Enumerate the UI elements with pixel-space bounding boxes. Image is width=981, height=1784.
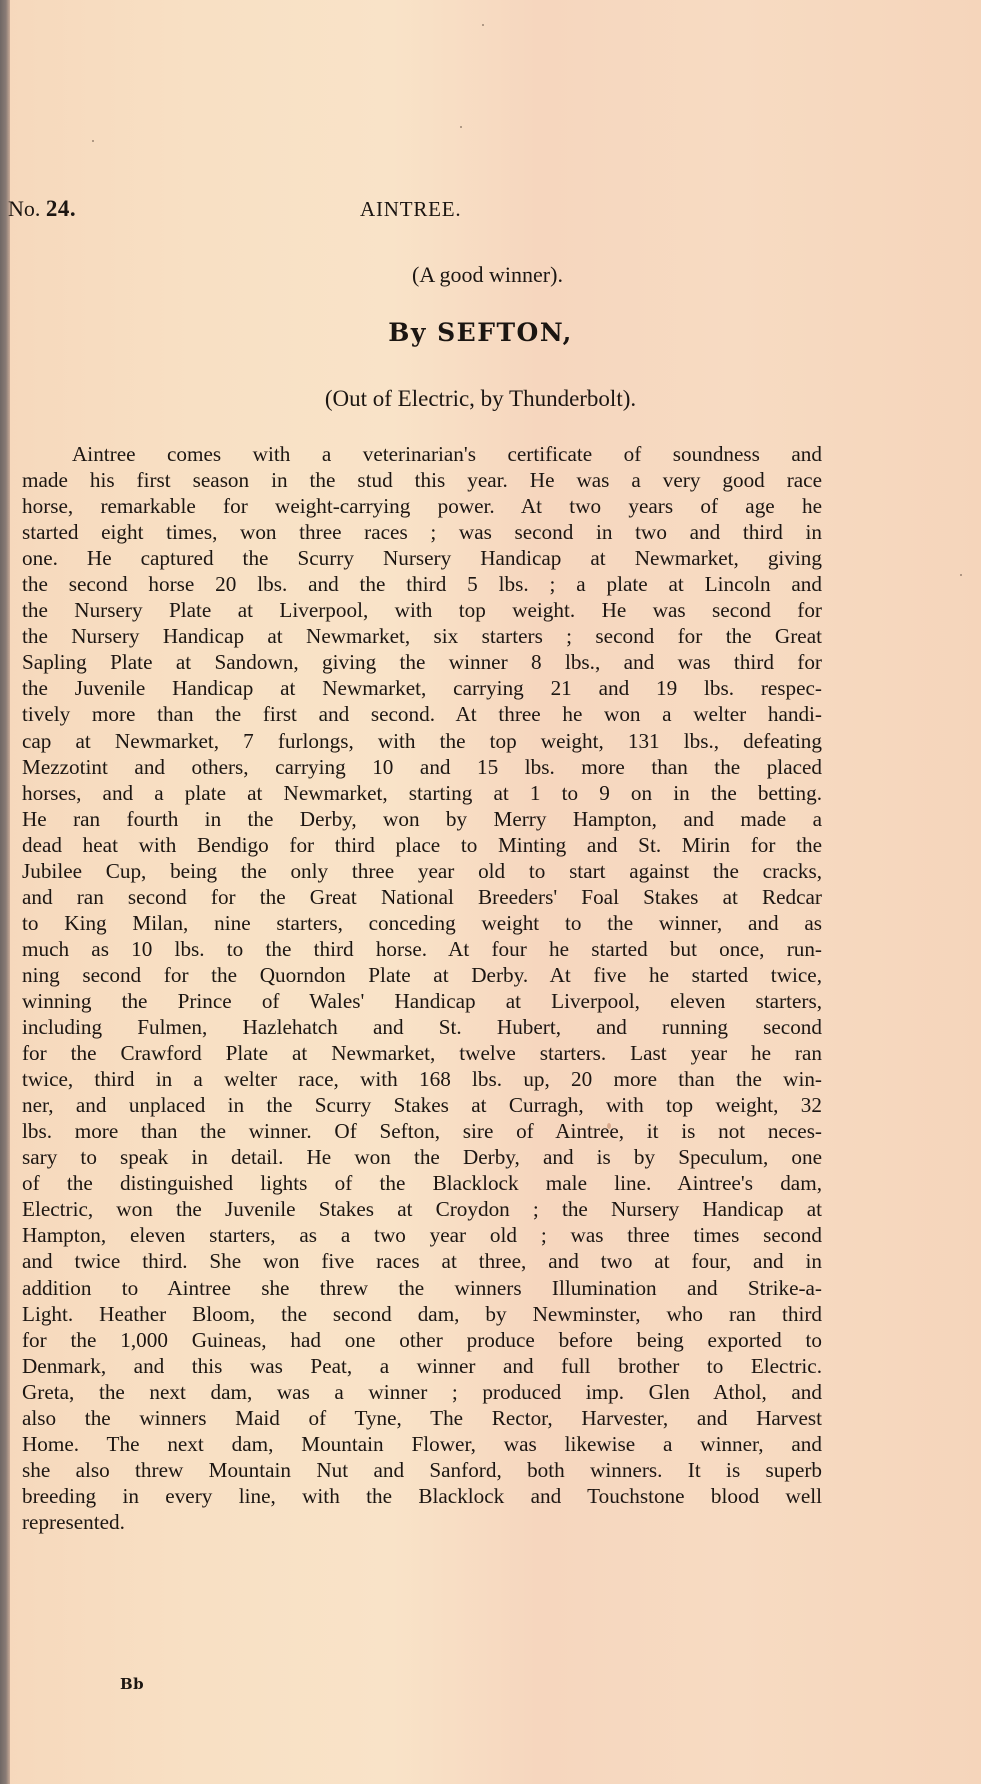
text-line: much as 10 lbs. to the third horse. At f… [22,936,822,962]
text-line: horses, and a plate at Newmarket, starti… [22,780,822,806]
text-line: horse, remarkable for weight-carrying po… [22,493,822,519]
entry-header: No. 24. AINTREE. [8,196,968,226]
text-line: made his first season in the stud this y… [22,467,822,493]
text-line: cap at Newmarket, 7 furlongs, with the t… [22,728,822,754]
sire-heading: By SEFTON, [0,318,981,347]
text-line: the second horse 20 lbs. and the third 5… [22,571,822,597]
text-line: of the distinguished lights of the Black… [22,1170,822,1196]
text-line: Denmark, and this was Peat, a winner and… [22,1353,822,1379]
text-line: ner, and unplaced in the Scurry Stakes a… [22,1092,822,1118]
text-line: also the winners Maid of Tyne, The Recto… [22,1405,822,1431]
text-line: Jubilee Cup, being the only three year o… [22,858,822,884]
text-line: Aintree comes with a veterinarian's cert… [22,441,822,467]
pedigree-line: (Out of Electric, by Thunderbolt). [0,386,981,412]
description-paragraph: Aintree comes with a veterinarian's cert… [22,441,822,1535]
text-line: addition to Aintree she threw the winner… [22,1275,822,1301]
text-line: Light. Heather Bloom, the second dam, by… [22,1301,822,1327]
pedigree-line-text: (Out of Electric, by Thunderbolt). [325,386,636,411]
text-line: Sapling Plate at Sandown, giving the win… [22,649,822,675]
text-line: the Juvenile Handicap at Newmarket, carr… [22,675,822,701]
text-line: for the 1,000 Guineas, had one other pro… [22,1327,822,1353]
text-line: and ran second for the Great National Br… [22,884,822,910]
text-line: tively more than the first and second. A… [22,701,822,727]
printer-signature-mark: Bb [120,1675,144,1693]
entry-number: No. 24. [8,196,76,222]
paper-speck [460,126,462,128]
text-line: sary to speak in detail. He won the Derb… [22,1144,822,1170]
text-line: ning second for the Quorndon Plate at De… [22,962,822,988]
text-line: represented. [22,1509,822,1535]
text-line: started eight times, won three races ; w… [22,519,822,545]
text-line: Hampton, eleven starters, as a two year … [22,1222,822,1248]
text-line: lbs. more than the winner. Of Sefton, si… [22,1118,822,1144]
paper-speck [960,574,962,576]
horse-name-title: AINTREE. [360,197,461,222]
entry-number-value: 24. [46,196,76,221]
text-line: winning the Prince of Wales' Handicap at… [22,988,822,1014]
text-line: the Nursery Handicap at Newmarket, six s… [22,623,822,649]
text-line: and twice third. She won five races at t… [22,1248,822,1274]
text-line: breeding in every line, with the Blacklo… [22,1483,822,1509]
subtitle-text: (A good winner). [412,262,563,287]
paper-speck [92,140,94,142]
paper-speck [482,24,484,26]
subtitle: (A good winner). [0,262,981,288]
text-line: the Nursery Plate at Liverpool, with top… [22,597,822,623]
text-line: she also threw Mountain Nut and Sanford,… [22,1457,822,1483]
entry-number-label: No. [8,196,40,221]
sire-heading-text: By SEFTON, [388,318,573,347]
text-line: Mezzotint and others, carrying 10 and 15… [22,754,822,780]
text-line: for the Crawford Plate at Newmarket, twe… [22,1040,822,1066]
text-line: including Fulmen, Hazlehatch and St. Hub… [22,1014,822,1040]
text-line: Home. The next dam, Mountain Flower, was… [22,1431,822,1457]
text-line: Electric, won the Juvenile Stakes at Cro… [22,1196,822,1222]
text-line: twice, third in a welter race, with 168 … [22,1066,822,1092]
text-line: He ran fourth in the Derby, won by Merry… [22,806,822,832]
text-line: to King Milan, nine starters, conceding … [22,910,822,936]
text-line: one. He captured the Scurry Nursery Hand… [22,545,822,571]
text-line: Greta, the next dam, was a winner ; prod… [22,1379,822,1405]
text-line: dead heat with Bendigo for third place t… [22,832,822,858]
